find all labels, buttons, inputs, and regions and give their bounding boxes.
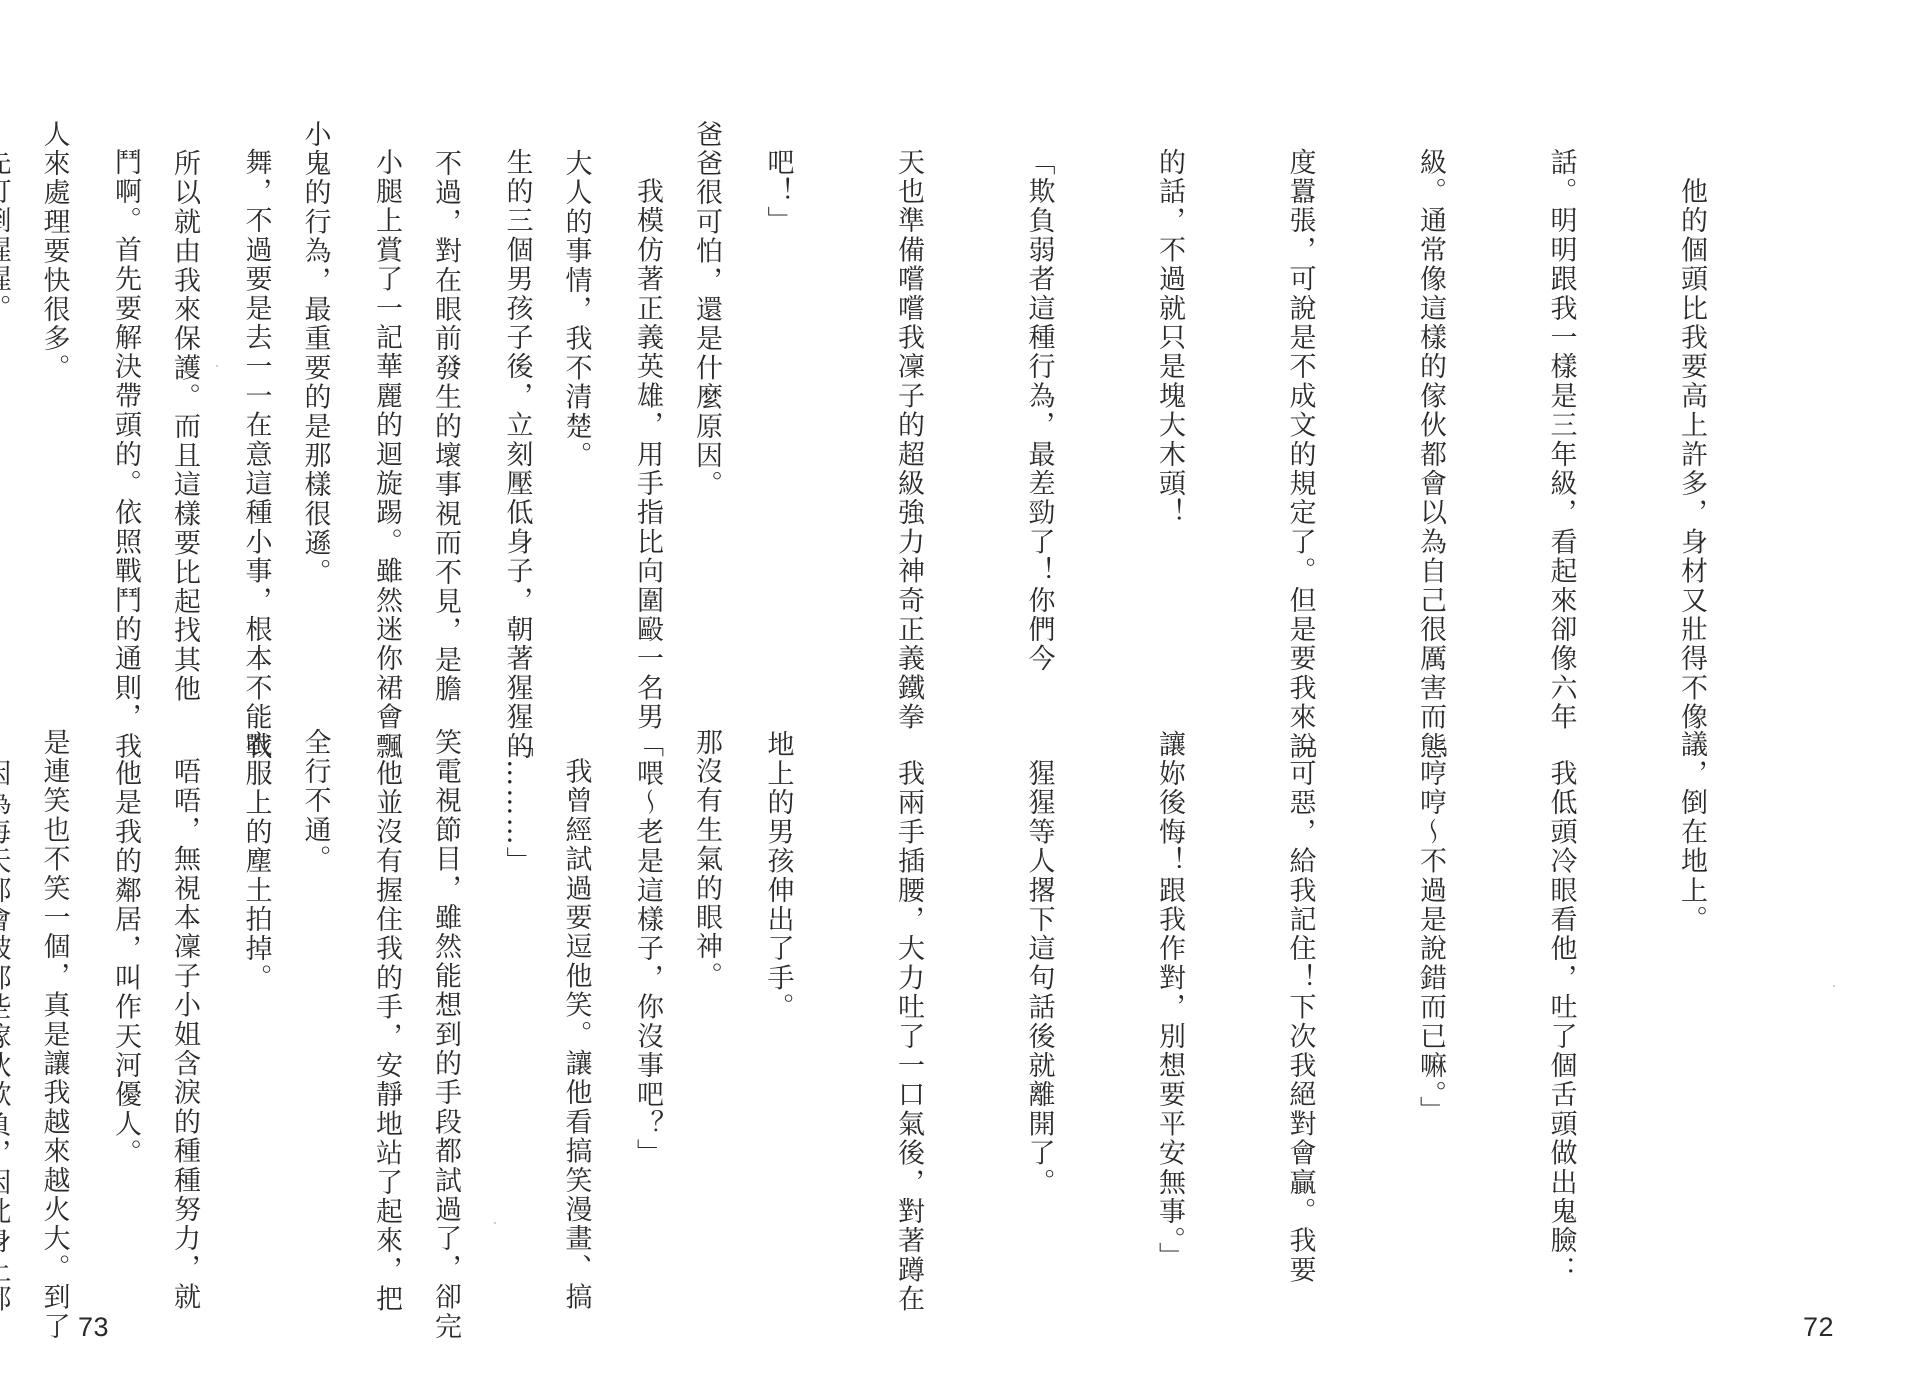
text-column: 我低頭冷眼看他，吐了個舌頭做出鬼臉： bbox=[1539, 730, 1583, 1270]
text-column: 級。通常像這樣的傢伙都會以為自己很厲害而態 bbox=[1409, 148, 1453, 688]
text-column: 地上的男孩伸出了手。 bbox=[756, 730, 800, 1270]
text-column: 舞，不過要是去一一在意這種小事，根本不能戰 bbox=[234, 148, 278, 688]
right-page-upper-text-block: 他的個頭比我要高上許多，身材又壯得不像 話。明明跟我一樣是三年級，看起來卻像六年… bbox=[0, 148, 1800, 688]
text-column: 我兩手插腰，大力吐了一口氣後，對著蹲在 bbox=[887, 730, 931, 1270]
text-column: 「喂～老是這樣子，你沒事吧？」 bbox=[626, 730, 670, 1270]
right-page-lower-text-block: 議，倒在地上。 我低頭冷眼看他，吐了個舌頭做出鬼臉： 「哼哼～不過是說錯而已嘛。… bbox=[0, 730, 1800, 1270]
text-column: 的話，不過就只是塊大木頭！ bbox=[1148, 148, 1192, 688]
text-column: 度囂張，可說是不成文的規定了。但是要我來說 bbox=[1278, 148, 1322, 688]
page-number: 73 bbox=[78, 1312, 109, 1343]
text-column: 他的個頭比我要高上許多，身材又壯得不像 bbox=[1670, 148, 1714, 688]
text-column: 讓妳後悔！跟我作對，別想要平安無事。」 bbox=[1148, 730, 1192, 1270]
text-column: 「哼哼～不過是說錯而已嘛。」 bbox=[1409, 730, 1453, 1270]
text-column: 鬥啊。首先要解決帶頭的。依照戰鬥的通則，我 bbox=[104, 148, 148, 688]
text-column: 「欺負弱者這種行為，最差勁了！你們今 bbox=[1017, 148, 1061, 688]
text-column: 先打倒猩猩。 bbox=[0, 148, 17, 688]
right-page: 他的個頭比我要高上許多，身材又壯得不像 話。明明跟我一樣是三年級，看起來卻像六年… bbox=[955, 0, 1910, 1383]
text-column: 吧！」 bbox=[756, 148, 800, 688]
text-column: 因為每天都會被那些傢伙欺負，因此身上都 bbox=[0, 730, 17, 1270]
text-column: 議，倒在地上。 bbox=[1670, 730, 1714, 1270]
text-column: 小腿上賞了一記華麗的迴旋踢。雖然迷你裙會飄 bbox=[365, 148, 409, 688]
text-column: 「………」 bbox=[495, 730, 539, 1270]
text-column: 他並沒有握住我的手，安靜地站了起來，把 bbox=[365, 730, 409, 1270]
text-column: 衣服上的塵土拍掉。 bbox=[234, 730, 278, 1270]
text-column: 生的三個男孩子後，立刻壓低身子，朝著猩猩的 bbox=[495, 148, 539, 688]
text-column: 我模仿著正義英雄，用手指比向圍毆一名男 bbox=[626, 148, 670, 688]
text-column: 天也準備嚐嚐我凜子的超級強力神奇正義鐵拳 bbox=[887, 148, 931, 688]
text-column: 他是我的鄰居，叫作天河優人。 bbox=[104, 730, 148, 1270]
scan-speck bbox=[1833, 985, 1835, 987]
text-column: 「可惡，給我記住！下次我絕對會贏。我要 bbox=[1278, 730, 1322, 1270]
page-number: 72 bbox=[1803, 1312, 1834, 1343]
text-column: 話。明明跟我一樣是三年級，看起來卻像六年 bbox=[1539, 148, 1583, 688]
text-column: 猩猩等人撂下這句話後就離開了。 bbox=[1017, 730, 1061, 1270]
